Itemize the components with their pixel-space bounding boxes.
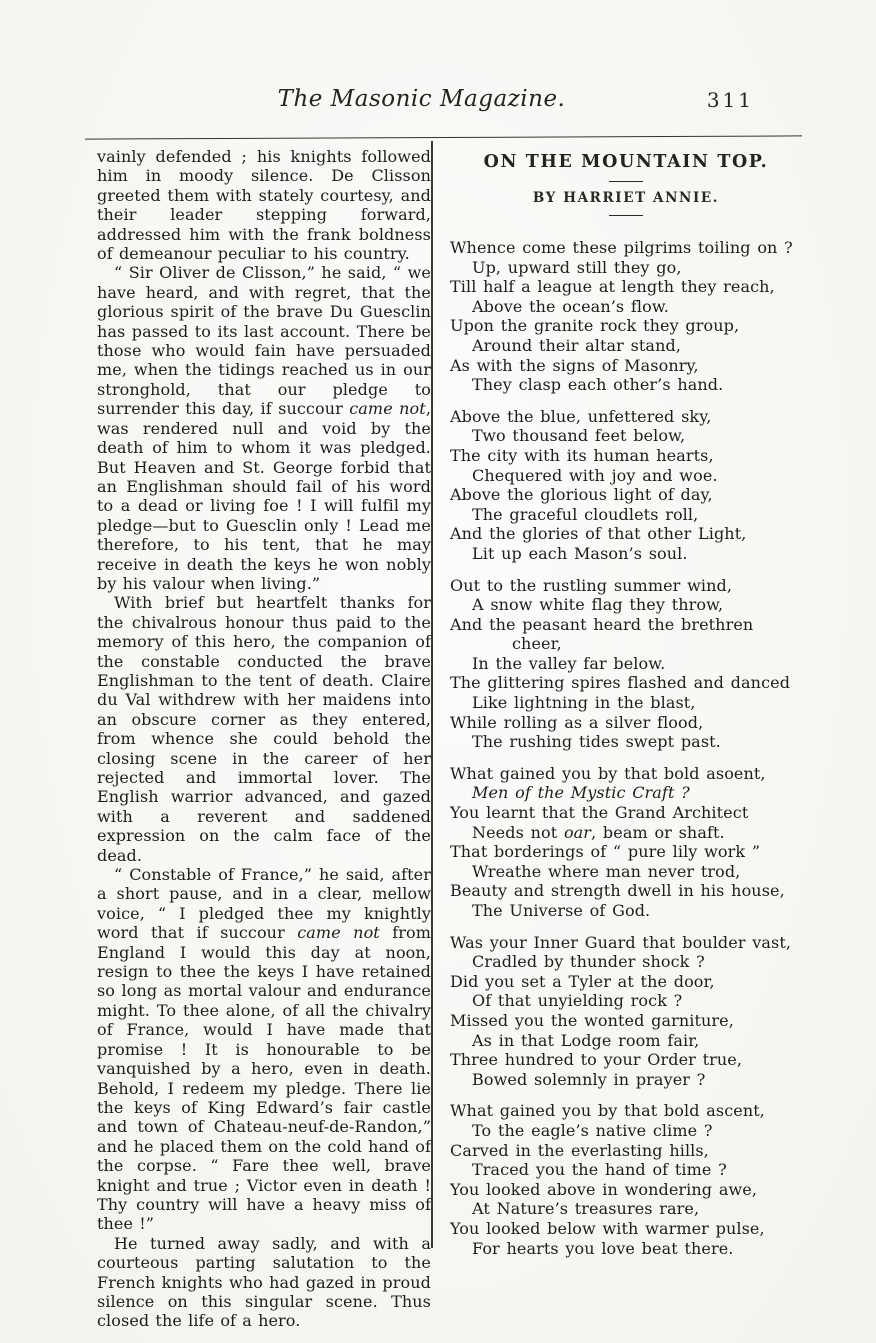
- text-run: He turned away sadly, and with a courteo…: [97, 1234, 431, 1331]
- poem-byline: BY HARRIET ANNIE.: [450, 190, 802, 206]
- poem-column: ON THE MOUNTAIN TOP. BY HARRIET ANNIE. W…: [450, 150, 802, 1270]
- poem-line: For hearts you love beat there.: [450, 1239, 802, 1259]
- poem-stanza: Was your Inner Guard that boulder vast,C…: [450, 933, 802, 1090]
- text-run: “ Sir Oliver de Clisson,” he said, “ we …: [97, 263, 431, 418]
- story-paragraph: He turned away sadly, and with a courteo…: [97, 1234, 431, 1331]
- emphasized-text: oar: [564, 823, 591, 842]
- poem-line: While rolling as a silver flood,: [450, 713, 802, 733]
- poem-line: As in that Lodge room fair,: [450, 1031, 802, 1051]
- emphasized-text: came not: [349, 399, 426, 418]
- poem-line: Upon the granite rock they group,: [450, 316, 802, 336]
- poem-stanza: What gained you by that bold ascent,To t…: [450, 1101, 802, 1258]
- poem-line: Missed you the wonted garniture,: [450, 1011, 802, 1031]
- poem-line: Did you set a Tyler at the door,: [450, 972, 802, 992]
- poem-line: You looked below with warmer pulse,: [450, 1219, 802, 1239]
- story-paragraph: “ Constable of France,” he said, after a…: [97, 865, 431, 1234]
- poem-body: Whence come these pilgrims toiling on ?U…: [450, 238, 802, 1258]
- poem-line: Cradled by thunder shock ?: [450, 952, 802, 972]
- text-run: , beam or shaft.: [591, 823, 725, 842]
- magazine-page: The Masonic Magazine. 311 vainly defende…: [0, 0, 876, 1343]
- poem-title: ON THE MOUNTAIN TOP.: [450, 152, 802, 172]
- poem-line: The city with its human hearts,: [450, 446, 802, 466]
- poem-line: Lit up each Mason’s soul.: [450, 544, 802, 564]
- poem-line: Whence come these pilgrims toiling on ?: [450, 238, 802, 258]
- poem-line: Above the blue, unfettered sky,: [450, 407, 802, 427]
- poem-line: Chequered with joy and woe.: [450, 466, 802, 486]
- poem-line: cheer,: [450, 634, 802, 654]
- poem-line: The rushing tides swept past.: [450, 732, 802, 752]
- running-head: The Masonic Magazine. 311: [85, 86, 802, 120]
- poem-line: The graceful cloudlets roll,: [450, 505, 802, 525]
- poem-stanza: Whence come these pilgrims toiling on ?U…: [450, 238, 802, 395]
- poem-line: Needs not oar, beam or shaft.: [450, 823, 802, 843]
- poem-line: To the eagle’s native clime ?: [450, 1121, 802, 1141]
- poem-stanza: Out to the rustling summer wind,A snow w…: [450, 576, 802, 752]
- poem-line: And the peasant heard the brethren: [450, 615, 802, 635]
- poem-line: And the glories of that other Light,: [450, 524, 802, 544]
- text-run: vainly defended ; his knights followed h…: [97, 147, 431, 263]
- poem-line: Was your Inner Guard that boulder vast,: [450, 933, 802, 953]
- byline-separator-rule: [609, 215, 643, 216]
- poem-line: Like lightning in the blast,: [450, 693, 802, 713]
- poem-stanza: What gained you by that bold asoent,Men …: [450, 764, 802, 921]
- poem-line: A snow white flag they throw,: [450, 595, 802, 615]
- poem-line: What gained you by that bold ascent,: [450, 1101, 802, 1121]
- poem-line: They clasp each other’s hand.: [450, 375, 802, 395]
- poem-stanza: Above the blue, unfettered sky,Two thous…: [450, 407, 802, 564]
- poem-line: Up, upward still they go,: [450, 258, 802, 278]
- poem-line: At Nature’s treasures rare,: [450, 1199, 802, 1219]
- story-paragraph: vainly defended ; his knights followed h…: [97, 147, 431, 263]
- poem-line: In the valley far below.: [450, 654, 802, 674]
- poem-line: Above the glorious light of day,: [450, 485, 802, 505]
- text-run: from England I would this day at noon, r…: [97, 923, 431, 1233]
- header-rule: [85, 135, 802, 139]
- poem-line: Around their altar stand,: [450, 336, 802, 356]
- poem-line: Till half a league at length they reach,: [450, 277, 802, 297]
- poem-line: Carved in the everlasting hills,: [450, 1141, 802, 1161]
- poem-line: Of that unyielding rock ?: [450, 991, 802, 1011]
- poem-line: Above the ocean’s flow.: [450, 297, 802, 317]
- poem-line: That borderings of “ pure lily work ”: [450, 842, 802, 862]
- poem-line: You learnt that the Grand Architect: [450, 803, 802, 823]
- emphasized-text: came not: [297, 923, 380, 942]
- poem-line: Bowed solemnly in prayer ?: [450, 1070, 802, 1090]
- poem-line: Out to the rustling summer wind,: [450, 576, 802, 596]
- title-separator-rule: [609, 181, 643, 182]
- poem-line: Three hundred to your Order true,: [450, 1050, 802, 1070]
- poem-line: As with the signs of Masonry,: [450, 356, 802, 376]
- story-paragraph: With brief but heartfelt thanks for the …: [97, 593, 431, 865]
- poem-line: You looked above in wondering awe,: [450, 1180, 802, 1200]
- poem-line: Men of the Mystic Craft ?: [450, 783, 802, 803]
- poem-line: What gained you by that bold asoent,: [450, 764, 802, 784]
- poem-line: Wreathe where man never trod,: [450, 862, 802, 882]
- journal-title: The Masonic Magazine.: [63, 86, 780, 112]
- poem-line: The glittering spires flashed and danced: [450, 673, 802, 693]
- poem-line: Beauty and strength dwell in his house,: [450, 881, 802, 901]
- story-paragraph: “ Sir Oliver de Clisson,” he said, “ we …: [97, 263, 431, 593]
- column-divider-rule: [431, 141, 433, 1248]
- poem-line: The Universe of God.: [450, 901, 802, 921]
- text-run: , was rendered null and void by the deat…: [97, 399, 431, 593]
- poem-line: Two thousand feet below,: [450, 426, 802, 446]
- story-column: vainly defended ; his knights followed h…: [97, 147, 431, 1331]
- text-run: Needs not: [472, 823, 564, 842]
- poem-line: Traced you the hand of time ?: [450, 1160, 802, 1180]
- text-run: With brief but heartfelt thanks for the …: [97, 593, 431, 864]
- page-number: 311: [707, 88, 754, 112]
